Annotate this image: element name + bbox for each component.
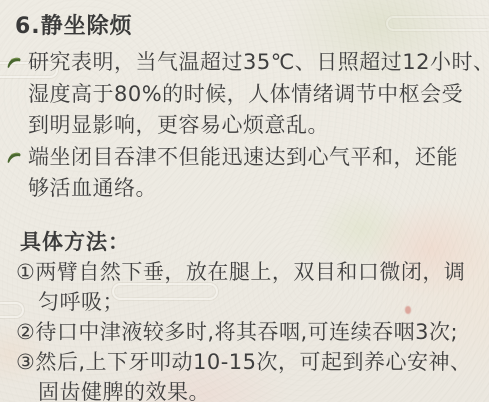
slide-page: 6.静坐除烦 研究表明，当气温超过35℃、日照超过12小时、 湿度高于80%的时… bbox=[0, 0, 489, 402]
leaf-swoosh-bullet-icon bbox=[5, 142, 28, 205]
text-line: 端坐闭目吞津不但能迅速达到心气平和，还能 bbox=[28, 142, 458, 174]
section-heading: 具体方法： bbox=[20, 227, 483, 257]
bullet-item: 研究表明，当气温超过35℃、日照超过12小时、 湿度高于80%的时候，人体情绪调… bbox=[5, 47, 483, 142]
step-item: ③然后,上下牙叩动10-15次，可起到养心安神、 固齿健脾的效果。 bbox=[16, 347, 483, 402]
text-line: 固齿健脾的效果。 bbox=[38, 377, 483, 402]
bullet-item: 端坐闭目吞津不但能迅速达到心气平和，还能 够活血通络。 bbox=[5, 142, 483, 205]
leaf-swoosh-bullet-icon bbox=[5, 47, 28, 142]
text-line: ③然后,上下牙叩动10-15次，可起到养心安神、 bbox=[16, 347, 483, 377]
steps-list: ①两臂自然下垂，放在腿上，双目和口微闭，调 匀呼吸； ②待口中津液较多时,将其吞… bbox=[16, 257, 483, 402]
bullet-text: 研究表明，当气温超过35℃、日照超过12小时、 湿度高于80%的时候，人体情绪调… bbox=[28, 47, 489, 142]
step-item: ①两臂自然下垂，放在腿上，双目和口微闭，调 匀呼吸； bbox=[16, 257, 483, 317]
text-line: ①两臂自然下垂，放在腿上，双目和口微闭，调 bbox=[16, 257, 483, 287]
text-line: 到明显影响，更容易心烦意乱。 bbox=[28, 110, 489, 142]
step-item: ②待口中津液较多时,将其吞咽,可连续吞咽3次; bbox=[16, 317, 483, 347]
text-line: ②待口中津液较多时,将其吞咽,可连续吞咽3次; bbox=[16, 317, 483, 347]
slide-content: 6.静坐除烦 研究表明，当气温超过35℃、日照超过12小时、 湿度高于80%的时… bbox=[0, 0, 489, 402]
text-line: 湿度高于80%的时候，人体情绪调节中枢会受 bbox=[28, 79, 489, 111]
text-line: 研究表明，当气温超过35℃、日照超过12小时、 bbox=[28, 47, 489, 79]
page-title: 6.静坐除烦 bbox=[15, 14, 483, 40]
bullet-list: 研究表明，当气温超过35℃、日照超过12小时、 湿度高于80%的时候，人体情绪调… bbox=[15, 47, 483, 205]
text-line: 够活血通络。 bbox=[28, 173, 458, 205]
text-line: 匀呼吸； bbox=[38, 287, 483, 317]
bullet-text: 端坐闭目吞津不但能迅速达到心气平和，还能 够活血通络。 bbox=[28, 142, 458, 205]
